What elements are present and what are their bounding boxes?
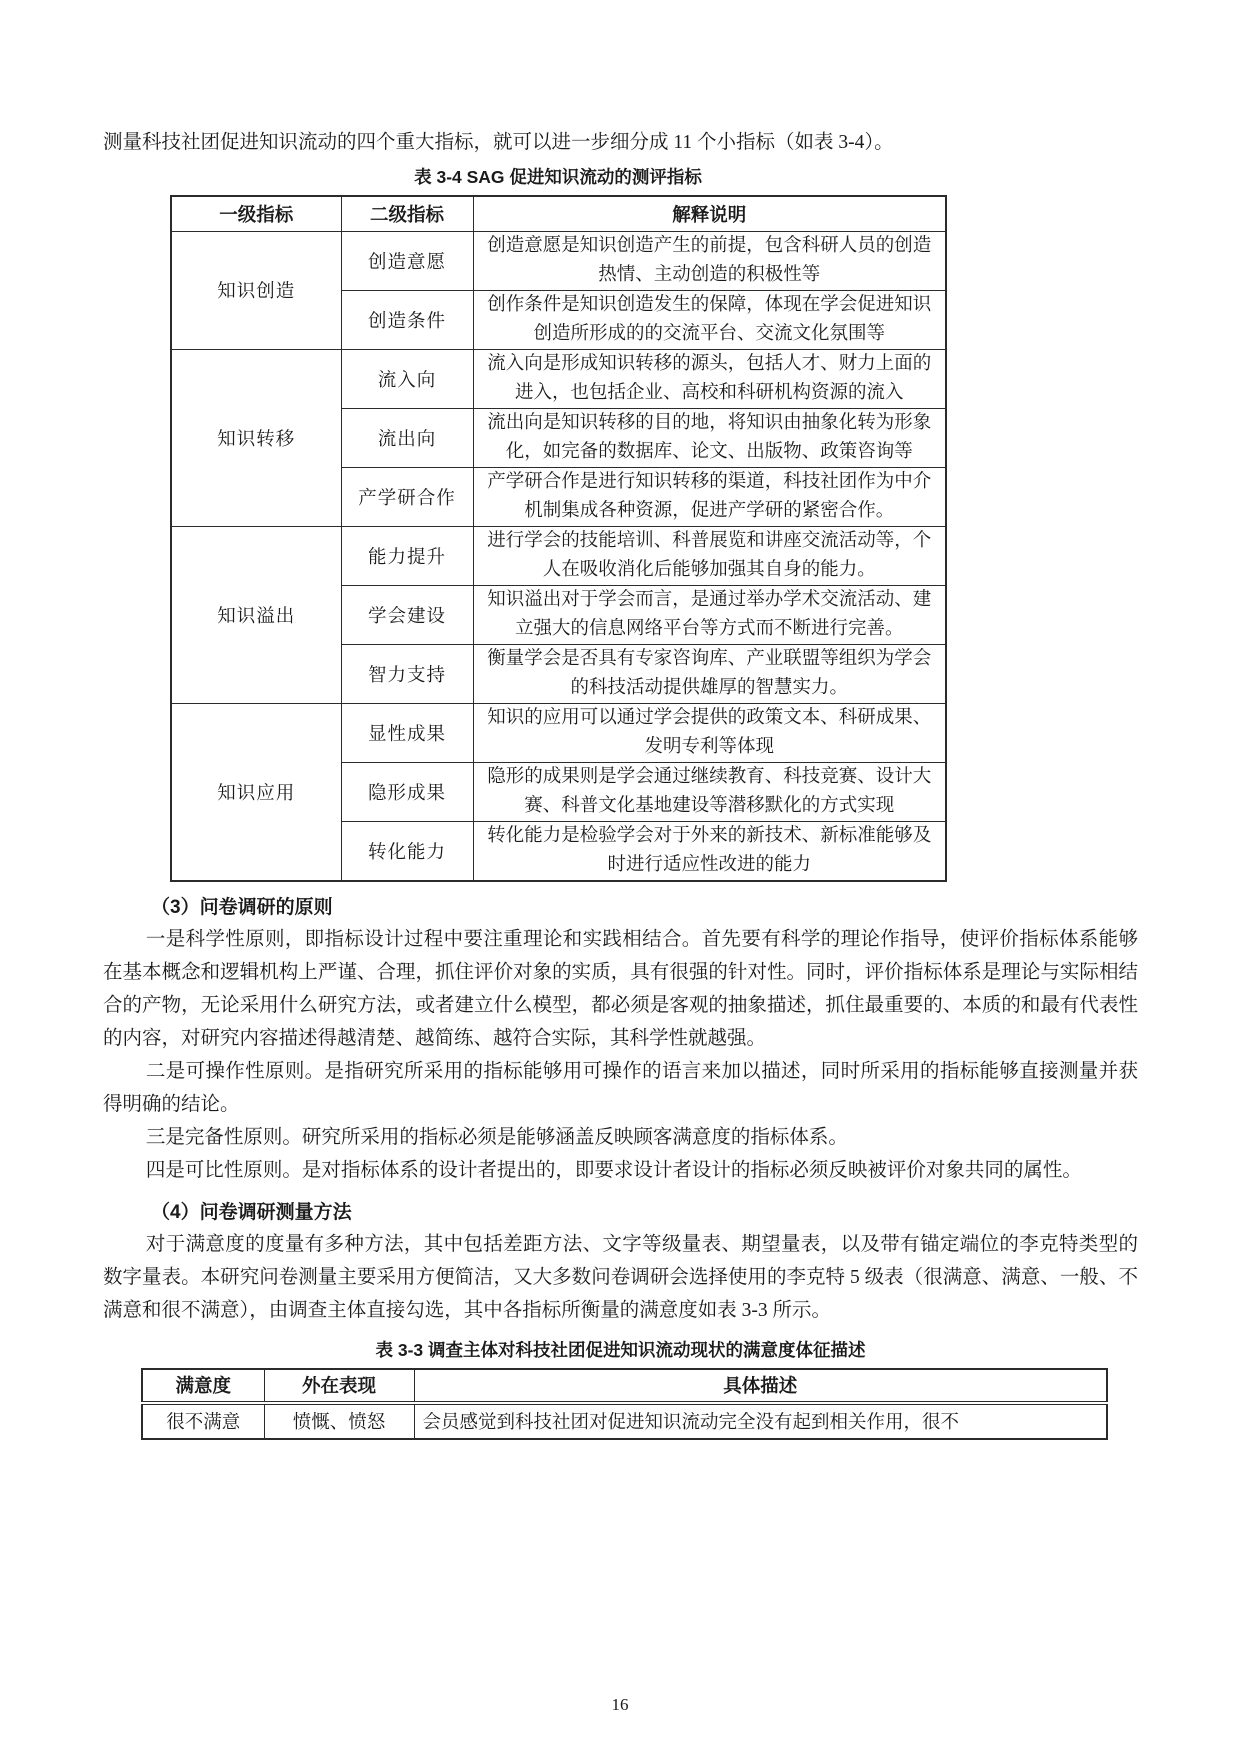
desc-cell: 隐形的成果则是学会通过继续教育、科技竞赛、设计大赛、科普文化基地建设等潜移默化的… — [473, 762, 946, 821]
table33-caption: 表 3-3 调查主体对科技社团促进知识流动现状的满意度体征描述 — [103, 1337, 1138, 1362]
principle-paragraph-2: 二是可操作性原则。是指研究所采用的指标能够用可操作的语言来加以描述，同时所采用的… — [103, 1055, 1138, 1121]
page-number: 16 — [0, 1695, 1240, 1715]
desc-cell: 知识溢出对于学会而言，是通过举办学术交流活动、建立强大的信息网络平台等方式而不断… — [473, 585, 946, 644]
level2-cell: 创造条件 — [341, 290, 473, 349]
level2-cell: 显性成果 — [341, 703, 473, 762]
table34-header-level2: 二级指标 — [341, 196, 473, 231]
measurement-paragraph: 对于满意度的度量有多种方法，其中包括差距方法、文字等级量表、期望量表，以及带有锚… — [103, 1228, 1138, 1327]
level2-cell: 转化能力 — [341, 821, 473, 881]
table-row: 知识转移 流入向 流入向是形成知识转移的源头，包括人才、财力上面的进入，也包括企… — [171, 349, 946, 408]
desc-cell: 知识的应用可以通过学会提供的政策文本、科研成果、发明专利等体现 — [473, 703, 946, 762]
level2-cell: 创造意愿 — [341, 231, 473, 290]
desc-cell: 产学研合作是进行知识转移的渠道，科技社团作为中介机制集成各种资源，促进产学研的紧… — [473, 467, 946, 526]
desc-cell: 衡量学会是否具有专家咨询库、产业联盟等组织为学会的科技活动提供雄厚的智慧实力。 — [473, 644, 946, 703]
level2-cell: 流入向 — [341, 349, 473, 408]
level1-cell: 知识创造 — [171, 231, 341, 349]
level2-cell: 学会建设 — [341, 585, 473, 644]
document-page: 测量科技社团促进知识流动的四个重大指标，就可以进一步细分成 11 个小指标（如表… — [103, 128, 1138, 1440]
desc-cell: 会员感觉到科技社团对促进知识流动完全没有起到相关作用，很不 — [414, 1403, 1107, 1439]
section3-heading: （3）问卷调研的原则 — [103, 892, 1138, 919]
table-3-4: 一级指标 二级指标 解释说明 知识创造 创造意愿 创造意愿是知识创造产生的前提，… — [170, 195, 947, 882]
principle-paragraph-3: 三是完备性原则。研究所采用的指标必须是能够涵盖反映顾客满意度的指标体系。 — [103, 1121, 1138, 1154]
table-row: 知识应用 显性成果 知识的应用可以通过学会提供的政策文本、科研成果、发明专利等体… — [171, 703, 946, 762]
level2-cell: 流出向 — [341, 408, 473, 467]
principle-paragraph-1: 一是科学性原则，即指标设计过程中要注重理论和实践相结合。首先要有科学的理论作指导… — [103, 923, 1138, 1055]
table-3-3: 满意度 外在表现 具体描述 很不满意 愤慨、愤怒 会员感觉到科技社团对促进知识流… — [141, 1368, 1108, 1440]
level2-cell: 智力支持 — [341, 644, 473, 703]
level2-cell: 产学研合作 — [341, 467, 473, 526]
desc-cell: 转化能力是检验学会对于外来的新技术、新标准能够及时进行适应性改进的能力 — [473, 821, 946, 881]
desc-cell: 流入向是形成知识转移的源头，包括人才、财力上面的进入，也包括企业、高校和科研机构… — [473, 349, 946, 408]
table33-header-row: 满意度 外在表现 具体描述 — [142, 1369, 1107, 1403]
desc-cell: 进行学会的技能培训、科普展览和讲座交流活动等，个人在吸收消化后能够加强其自身的能… — [473, 526, 946, 585]
table-row: 知识溢出 能力提升 进行学会的技能培训、科普展览和讲座交流活动等，个人在吸收消化… — [171, 526, 946, 585]
desc-cell: 创造意愿是知识创造产生的前提，包含科研人员的创造热情、主动创造的积极性等 — [473, 231, 946, 290]
level1-cell: 知识溢出 — [171, 526, 341, 703]
level1-cell: 知识应用 — [171, 703, 341, 881]
section4-heading: （4）问卷调研测量方法 — [103, 1197, 1138, 1224]
expression-cell: 愤慨、愤怒 — [264, 1403, 414, 1439]
level2-cell: 能力提升 — [341, 526, 473, 585]
table-row: 很不满意 愤慨、愤怒 会员感觉到科技社团对促进知识流动完全没有起到相关作用，很不 — [142, 1403, 1107, 1439]
table33-header-desc: 具体描述 — [414, 1369, 1107, 1403]
table34-header-level1: 一级指标 — [171, 196, 341, 231]
satisfaction-cell: 很不满意 — [142, 1403, 264, 1439]
table34-header-row: 一级指标 二级指标 解释说明 — [171, 196, 946, 231]
table34-header-desc: 解释说明 — [473, 196, 946, 231]
table34-caption: 表 3-4 SAG 促进知识流动的测评指标 — [103, 164, 1013, 189]
table33-header-satisfaction: 满意度 — [142, 1369, 264, 1403]
intro-paragraph: 测量科技社团促进知识流动的四个重大指标，就可以进一步细分成 11 个小指标（如表… — [103, 128, 1138, 158]
table33-header-expression: 外在表现 — [264, 1369, 414, 1403]
desc-cell: 流出向是知识转移的目的地，将知识由抽象化转为形象化，如完备的数据库、论文、出版物… — [473, 408, 946, 467]
desc-cell: 创作条件是知识创造发生的保障，体现在学会促进知识创造所形成的的交流平台、交流文化… — [473, 290, 946, 349]
level2-cell: 隐形成果 — [341, 762, 473, 821]
principle-paragraph-4: 四是可比性原则。是对指标体系的设计者提出的，即要求设计者设计的指标必须反映被评价… — [103, 1154, 1138, 1187]
table-row: 知识创造 创造意愿 创造意愿是知识创造产生的前提，包含科研人员的创造热情、主动创… — [171, 231, 946, 290]
level1-cell: 知识转移 — [171, 349, 341, 526]
